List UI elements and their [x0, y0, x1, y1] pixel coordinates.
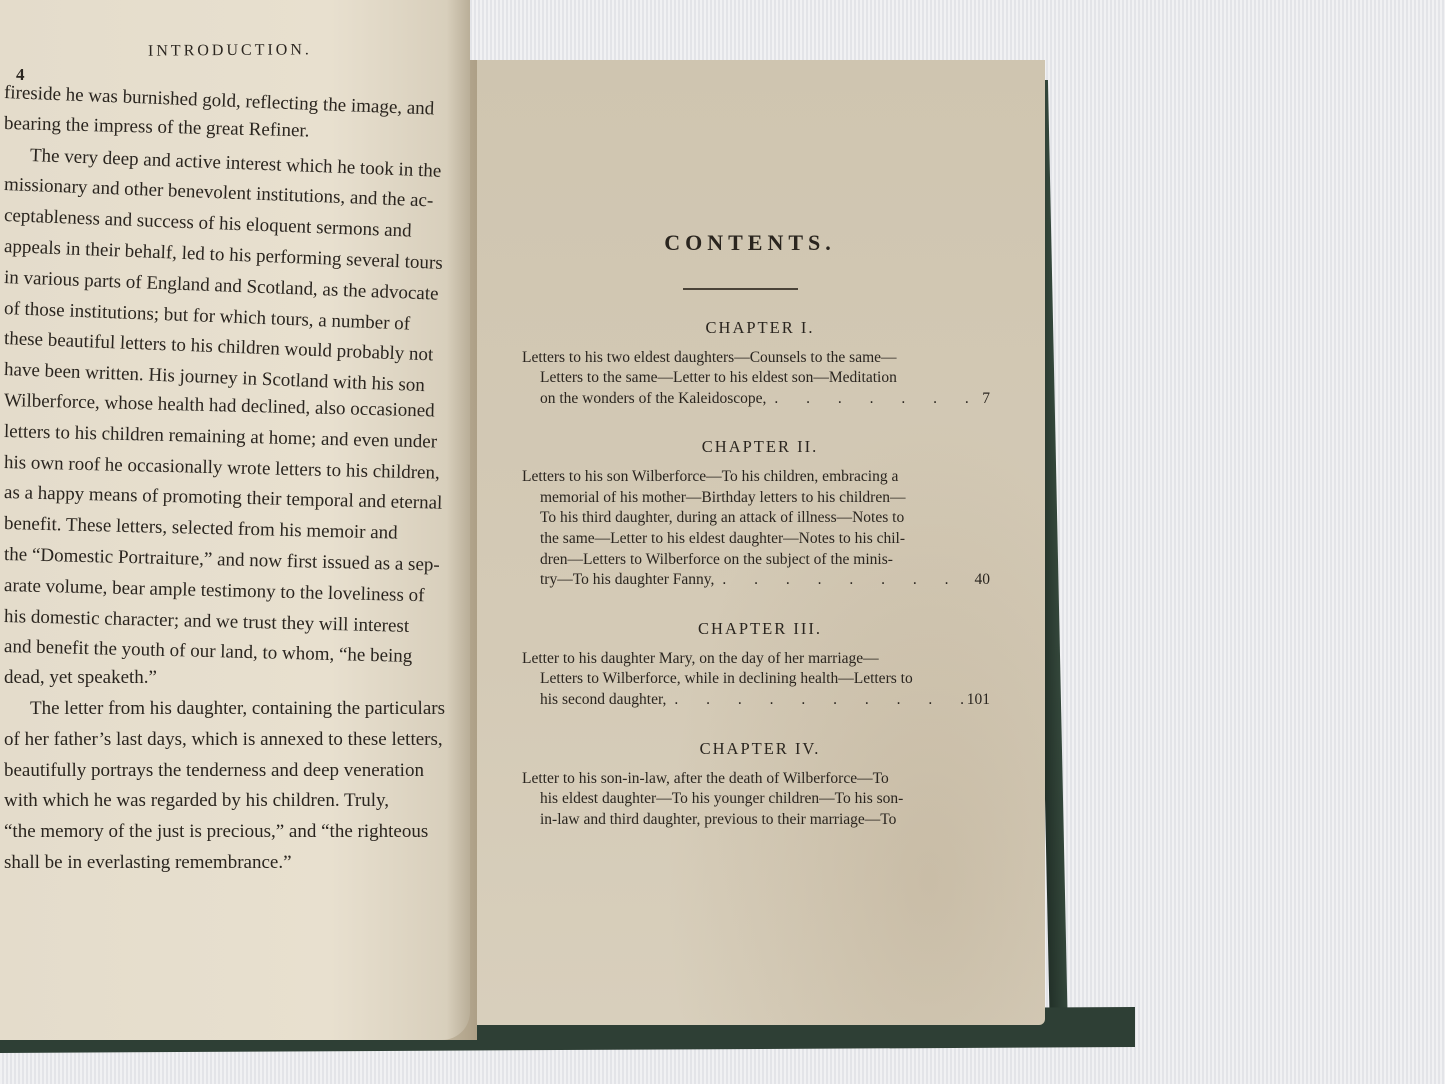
running-head: INTRODUCTION.	[148, 41, 312, 60]
summary-line: dren—Letters to Wilberforce on the subje…	[520, 550, 1000, 571]
photo-scene: INTRODUCTION. 4 fireside he was burnishe…	[0, 0, 1445, 1084]
leader-dots: . . . . . . . . . . . . . . . . .	[666, 690, 966, 711]
summary-text: try—To his daughter Fanny,	[540, 570, 714, 591]
chapter-heading: CHAPTER I.	[520, 318, 1000, 338]
text-line: shall be in everlasting remembrance.”	[4, 848, 454, 879]
chapter-summary: Letters to his son Wilberforce—To his ch…	[520, 467, 1000, 591]
summary-line-with-page: try—To his daughter Fanny, . . . . . . .…	[520, 570, 1000, 591]
table-of-contents: CONTENTS. CHAPTER I. Letters to his two …	[520, 230, 1000, 830]
summary-line: Letter to his daughter Mary, on the day …	[520, 649, 1000, 670]
summary-line: Letter to his son-in-law, after the deat…	[520, 769, 1000, 790]
summary-text: on the wonders of the Kaleidoscope,	[540, 389, 766, 410]
introduction-text: fireside he was burnished gold, reflecti…	[4, 78, 454, 879]
summary-line: Letters to the same—Letter to his eldest…	[520, 368, 1000, 389]
page-reference: 7	[982, 389, 990, 410]
text-line: with which he was regarded by his childr…	[4, 786, 454, 817]
text-line: beautifully portrays the tenderness and …	[4, 756, 454, 787]
page-reference: 101	[967, 690, 990, 711]
chapter-summary: Letter to his daughter Mary, on the day …	[520, 649, 1000, 711]
summary-line: his eldest daughter—To his younger child…	[520, 789, 1000, 810]
summary-text: his second daughter,	[540, 690, 666, 711]
summary-line: the same—Letter to his eldest daughter—N…	[520, 529, 1000, 550]
summary-line: Letters to Wilberforce, while in declini…	[520, 669, 1000, 690]
leader-dots: . . . . . . . . . . . . . . . . .	[714, 570, 974, 591]
chapter-3: CHAPTER III. Letter to his daughter Mary…	[520, 619, 1000, 711]
summary-line: in-law and third daughter, previous to t…	[520, 810, 1000, 831]
chapter-2: CHAPTER II. Letters to his son Wilberfor…	[520, 437, 1000, 591]
summary-line-with-page: on the wonders of the Kaleidoscope, . . …	[520, 389, 1000, 410]
summary-line: memorial of his mother—Birthday letters …	[520, 488, 1000, 509]
page-reference: 40	[975, 570, 991, 591]
summary-line: To his third daughter, during an attack …	[520, 508, 1000, 529]
chapter-heading: CHAPTER IV.	[520, 739, 1000, 759]
chapter-heading: CHAPTER III.	[520, 619, 1000, 639]
left-page: INTRODUCTION. 4 fireside he was burnishe…	[0, 0, 470, 1040]
chapter-summary: Letters to his two eldest daughters—Coun…	[520, 348, 1000, 410]
title-rule	[683, 288, 798, 290]
chapter-heading: CHAPTER II.	[520, 437, 1000, 457]
text-line: of her father’s last days, which is anne…	[4, 725, 454, 756]
chapter-1: CHAPTER I. Letters to his two eldest dau…	[520, 318, 1000, 410]
summary-line: Letters to his two eldest daughters—Coun…	[520, 348, 1000, 369]
summary-line: Letters to his son Wilberforce—To his ch…	[520, 467, 1000, 488]
chapter-4: CHAPTER IV. Letter to his son-in-law, af…	[520, 739, 1000, 831]
leader-dots: . . . . . . . . . . . . . . . . .	[766, 389, 982, 410]
text-line: “the memory of the just is precious,” an…	[4, 817, 454, 848]
text-line: The letter from his daughter, containing…	[4, 694, 454, 725]
contents-title: CONTENTS.	[500, 230, 1000, 256]
chapter-summary: Letter to his son-in-law, after the deat…	[520, 769, 1000, 831]
summary-line-with-page: his second daughter, . . . . . . . . . .…	[520, 690, 1000, 711]
